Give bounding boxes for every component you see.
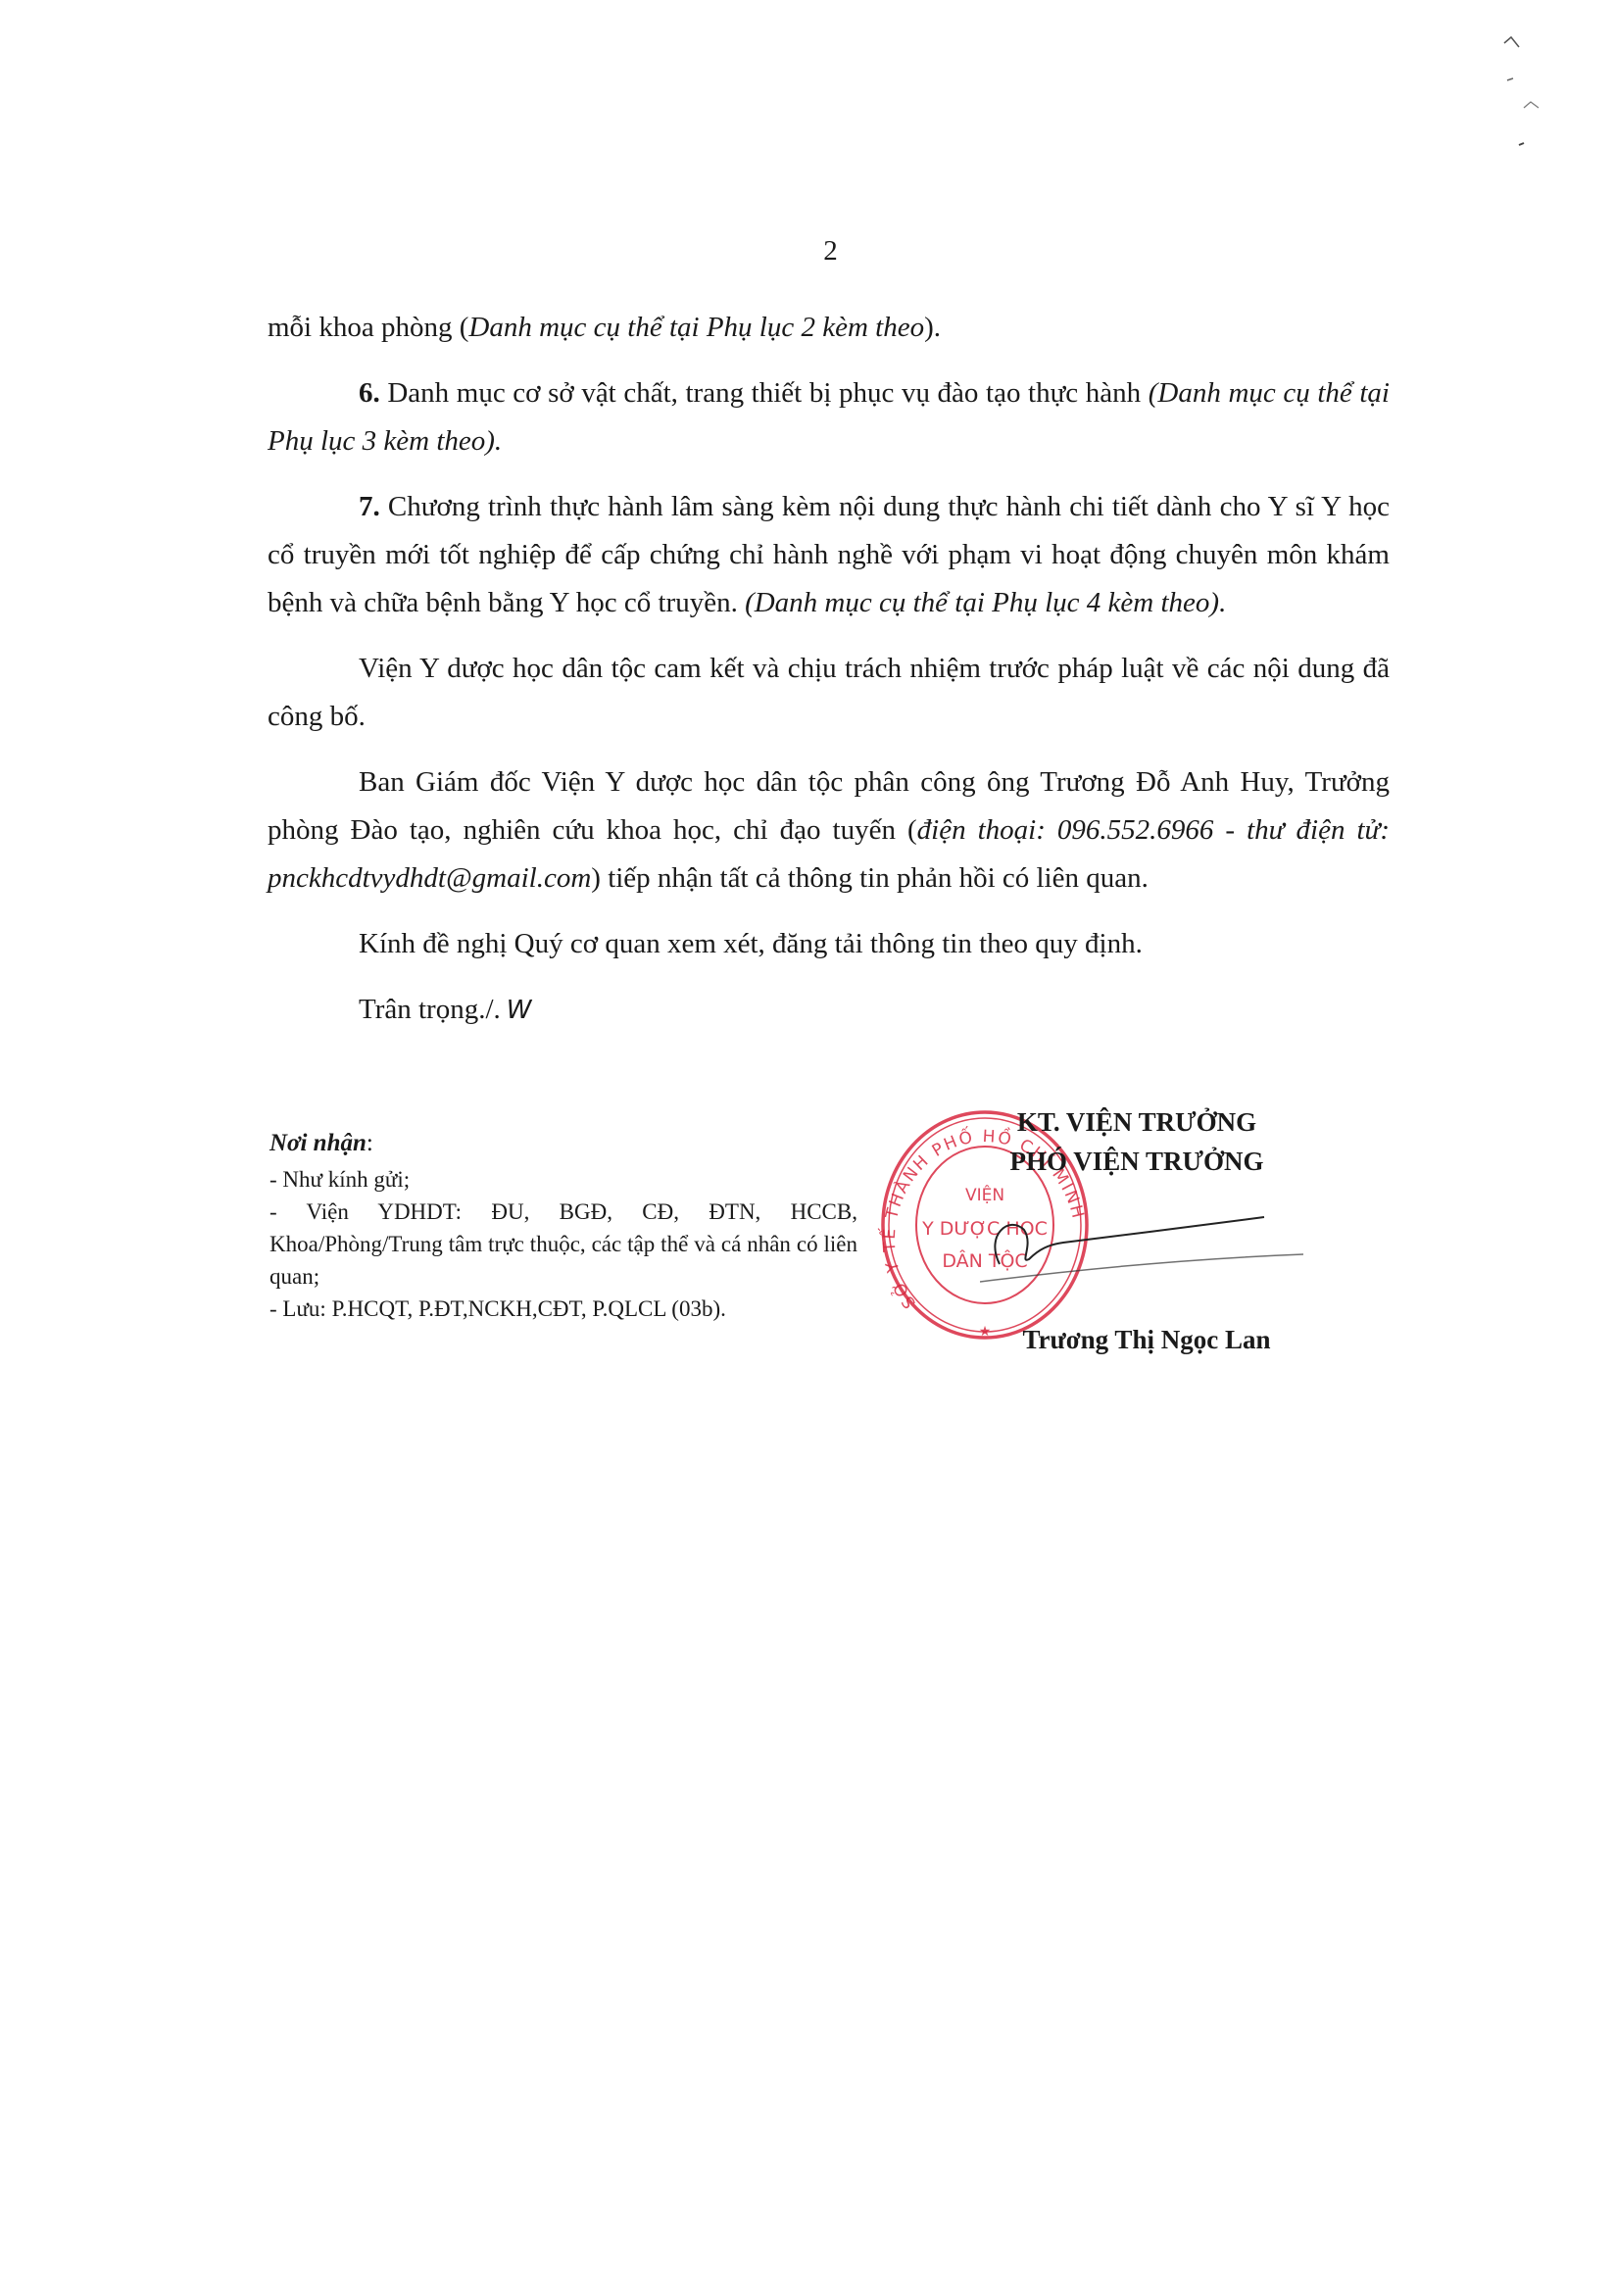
seal-line-1: VIỆN [965,1184,1004,1205]
signer-name: Trương Thị Ngọc Lan [970,1325,1323,1355]
signature-block: KT. VIỆN TRƯỞNG PHÓ VIỆN TRƯỞNG [941,1102,1333,1181]
item-number: 7. [359,491,380,522]
recipients-title: Nơi nhận: [269,1127,857,1159]
recipient-item: - Lưu: P.HCQT, P.ĐT,NCKH,CĐT, P.QLCL (03… [269,1293,857,1325]
paragraph-item-6: 6. Danh mục cơ sở vật chất, trang thiết … [268,369,1390,465]
recipient-item: - Như kính gửi; [269,1163,857,1196]
closing-text: Trân trọng./. [359,994,501,1025]
paragraph-tail: ). [924,312,941,343]
paragraph-assignment: Ban Giám đốc Viện Y dược học dân tộc phâ… [268,758,1390,903]
paragraph-text: Danh mục cơ sở vật chất, trang thiết bị … [380,377,1149,409]
paragraph-closing: Trân trọng./.W [268,986,1390,1035]
recipient-item: - Viện YDHDT: ĐU, BGĐ, CĐ, ĐTN, HCCB, Kh… [269,1196,857,1293]
signature-title: PHÓ VIỆN TRƯỞNG [941,1142,1333,1181]
appendix-reference: (Danh mục cụ thể tại Phụ lục 4 kèm theo)… [745,587,1226,618]
signature-authority: KT. VIỆN TRƯỞNG [941,1102,1333,1142]
paragraph-request: Kính đề nghị Quý cơ quan xem xét, đăng t… [268,920,1390,968]
recipients-title-text: Nơi nhận [269,1130,367,1156]
handwritten-signature-icon [980,1205,1303,1284]
recipients-title-colon: : [367,1130,373,1156]
paragraph-commitment: Viện Y dược học dân tộc cam kết và chịu … [268,645,1390,741]
scan-artifact-icon [1499,29,1578,157]
document-body: mỗi khoa phòng (Danh mục cụ thể tại Phụ … [268,304,1390,1052]
paragraph-text: mỗi khoa phòng ( [268,312,468,343]
item-number: 6. [359,377,380,409]
appendix-reference: Danh mục cụ thể tại Phụ lục 2 kèm theo [468,312,924,343]
recipients-block: Nơi nhận: - Như kính gửi; - Viện YDHDT: … [269,1127,857,1325]
page-number: 2 [0,235,1614,268]
paragraph-tail: ) tiếp nhận tất cả thông tin phản hồi có… [591,862,1149,894]
initial-mark-icon: W [507,996,532,1025]
paragraph-item-7: 7. Chương trình thực hành lâm sàng kèm n… [268,483,1390,627]
paragraph-continuation: mỗi khoa phòng (Danh mục cụ thể tại Phụ … [268,304,1390,352]
